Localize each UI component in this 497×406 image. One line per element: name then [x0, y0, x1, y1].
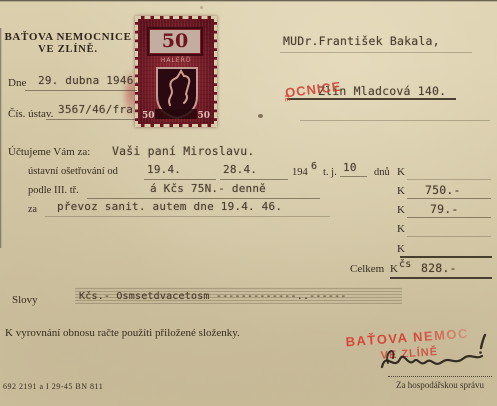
row3-currency: K: [397, 204, 405, 216]
row3-rule: [45, 216, 330, 217]
recipient-address-rule: [287, 98, 456, 100]
document-scan: BAŤOVA NEMOCNICE VE ZLÍNĚ. 50 HALÉŘŮ 50 …: [0, 0, 497, 406]
scan-edge-left: [0, 28, 2, 248]
row1-days-value: 10: [343, 161, 357, 174]
recipient-name: MUDr.František Bakala,: [283, 34, 440, 48]
form-number: 692 2191 a I 29-45 BN 811: [3, 382, 103, 391]
row1-days-rule: [340, 176, 367, 177]
row4-currency: K: [397, 223, 405, 235]
revenue-stamp-value: 50: [149, 29, 201, 54]
total-value: 828.-: [421, 261, 457, 275]
signature: [372, 331, 494, 381]
row5-amount-rule: [400, 256, 492, 258]
total-rule: [390, 277, 492, 279]
revenue-stamp-engraving: 50 HALÉŘŮ 50 50: [139, 20, 213, 123]
row1-tj-label: t. j.: [323, 167, 337, 178]
row4-amount-rule: [407, 236, 491, 237]
revenue-stamp-value-left: 50: [142, 111, 155, 121]
row3-label: za: [28, 204, 37, 215]
row1-amount-rule: [407, 179, 491, 180]
org-name-line1: BAŤOVA NEMOCNICE: [4, 31, 132, 43]
signature-rule: [388, 376, 492, 377]
row1-label: ústavní ošetřování od: [28, 166, 118, 177]
date-value: 29. dubna 1946.: [38, 74, 140, 87]
row2-rate: á Kčs 75N.- denně: [150, 182, 266, 195]
row3-desc: převoz sanit. autem dne 19.4. 46.: [57, 200, 282, 213]
payment-note: K vyrovnání obnosu račte použíti přilože…: [5, 327, 240, 339]
org-name-line2: VE ZLÍNĚ.: [4, 44, 132, 55]
signature-caption: Za hospodářskou správu: [396, 380, 484, 390]
billing-intro-value: Vaši paní Miroslavu.: [112, 144, 254, 158]
total-label: Celkem: [350, 263, 384, 275]
row3-amount: 79.-: [430, 202, 459, 216]
revenue-stamp: 50 HALÉŘŮ 50 50: [135, 16, 217, 127]
row1-year-printed: 194: [292, 167, 308, 178]
row1-date-to: 28.4.: [223, 163, 257, 176]
revenue-stamp-unit: HALÉŘŮ: [139, 57, 213, 64]
row1-date-from: 19.4.: [147, 163, 181, 176]
blank-rule-right: [300, 120, 490, 121]
row1-rule-b: [220, 179, 288, 180]
words-value: Kčs.- Osmsetdvacetosm -------------..---…: [79, 291, 346, 302]
row2-amount-rule: [407, 198, 491, 199]
ink-fleck: [258, 114, 263, 118]
row1-rule-a: [144, 179, 216, 180]
total-currency-printed: K: [390, 263, 398, 275]
ink-fleck: [200, 6, 203, 9]
row2-label: podle III. tř.: [28, 185, 79, 196]
letterhead: BAŤOVA NEMOCNICE VE ZLÍNĚ.: [4, 31, 132, 55]
row2-rule: [87, 198, 320, 199]
recipient-name-rule: [280, 52, 472, 53]
scan-edge-top: [0, 0, 497, 2]
ref-rule: [46, 119, 137, 120]
row2-currency: K: [397, 185, 405, 197]
row2-amount: 750.-: [425, 183, 461, 197]
row3-amount-rule: [407, 217, 491, 218]
total-currency-typed: čs: [399, 259, 411, 270]
ref-value: 3567/46/fra: [58, 103, 133, 116]
date-rule: [25, 90, 137, 91]
words-label: Slovy: [12, 294, 38, 306]
revenue-stamp-value-right: 50: [197, 111, 210, 121]
revenue-stamp-caption-band: [155, 109, 197, 119]
red-overstamp-side: VE: [282, 94, 289, 103]
row5-currency: K: [397, 243, 405, 255]
row1-currency: K: [397, 166, 405, 178]
row1-year-typed: 6: [311, 161, 317, 172]
date-label: Dne: [8, 77, 26, 89]
billing-intro-label: Účtujeme Vám za:: [8, 146, 90, 158]
row1-days-unit: dnů: [374, 167, 390, 178]
